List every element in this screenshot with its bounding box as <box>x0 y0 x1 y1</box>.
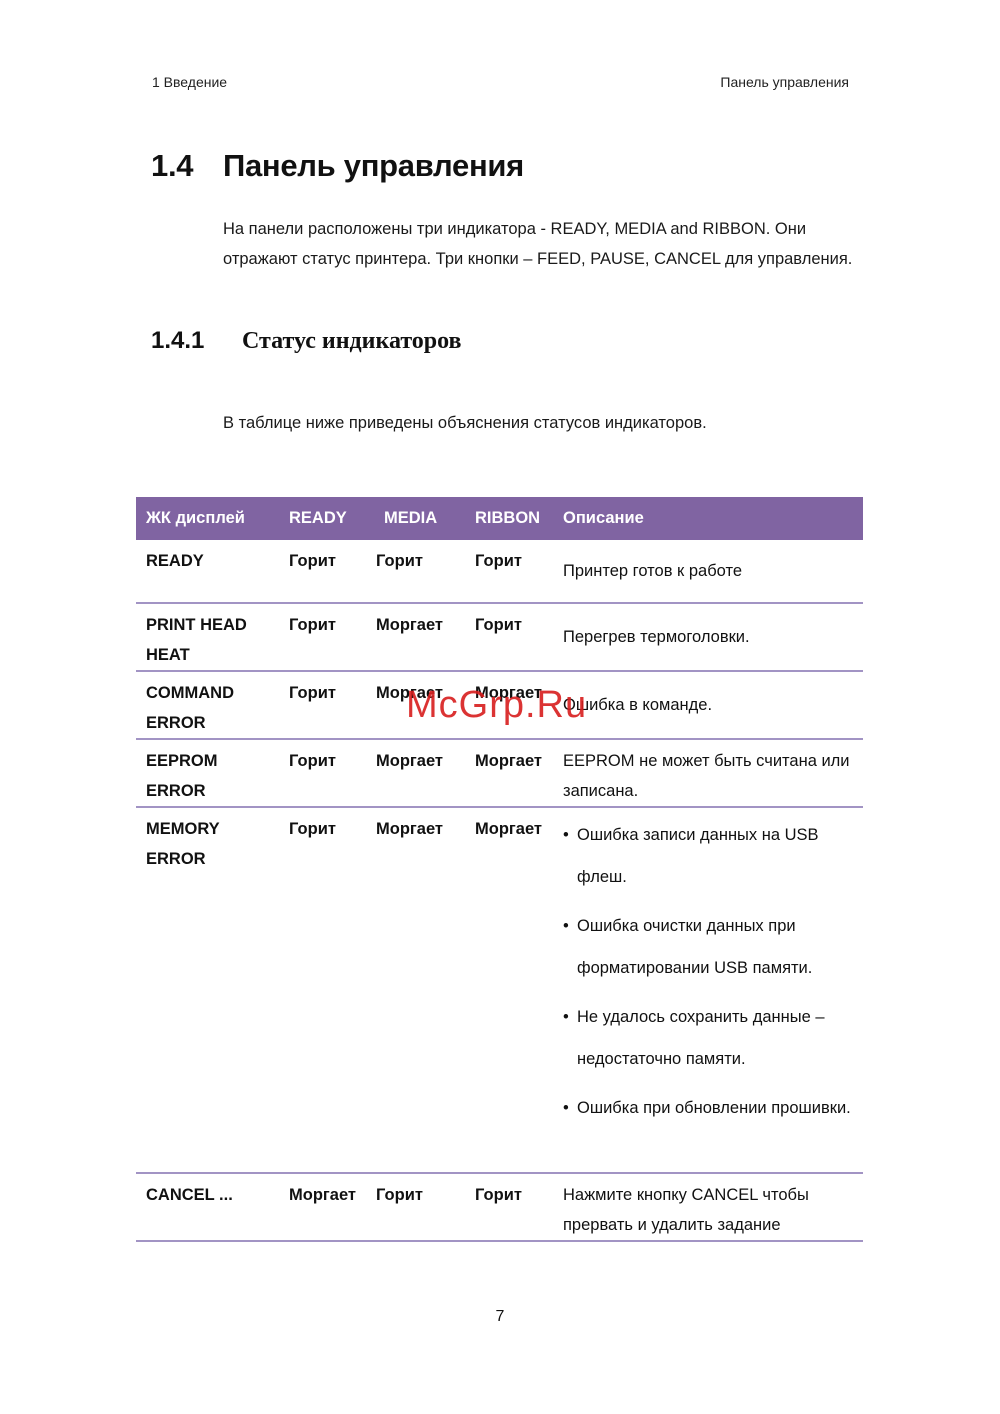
indicator-status-table: ЖК дисплей READY MEDIA RIBBON Описание R… <box>136 497 863 1242</box>
section-number: 1.4 <box>151 148 223 184</box>
cell-media: Горит <box>366 1173 465 1241</box>
section-heading: 1.4Панель управления <box>151 148 524 184</box>
cell-ribbon: Горит <box>465 603 553 671</box>
bullet-item: Ошибка записи данных на USB флеш. <box>563 814 859 898</box>
cell-display: MEMORY ERROR <box>136 807 279 1173</box>
cell-media: Моргает <box>366 739 465 807</box>
cell-ribbon: Горит <box>465 540 553 603</box>
page-number: 7 <box>0 1308 1000 1326</box>
bullet-item: Не удалось сохранить данные – недостаточ… <box>563 996 859 1080</box>
cell-ribbon: Моргает <box>465 739 553 807</box>
cell-display: READY <box>136 540 279 603</box>
col-header-media: MEDIA <box>366 497 465 540</box>
cell-ready: Моргает <box>279 1173 366 1241</box>
watermark: McGrp.Ru <box>406 684 587 727</box>
cell-display: COMMAND ERROR <box>136 671 279 739</box>
cell-description: Перегрев термоголовки. <box>553 603 863 671</box>
cell-media: Моргает <box>366 807 465 1173</box>
col-header-description: Описание <box>553 497 863 540</box>
cell-ready: Горит <box>279 540 366 603</box>
table-row: MEMORY ERROR Горит Моргает Моргает Ошибк… <box>136 807 863 1173</box>
cell-media: Горит <box>366 540 465 603</box>
bullet-item: Ошибка очистки данных при форматировании… <box>563 905 859 989</box>
cell-description: EEPROM не может быть считана или записан… <box>553 739 863 807</box>
col-header-display: ЖК дисплей <box>136 497 279 540</box>
subsection-lead: В таблице ниже приведены объяснения стат… <box>223 414 707 433</box>
cell-ready: Горит <box>279 807 366 1173</box>
section-intro: На панели расположены три индикатора - R… <box>223 214 863 274</box>
cell-display: EEPROM ERROR <box>136 739 279 807</box>
table-row: READY Горит Горит Горит Принтер готов к … <box>136 540 863 603</box>
cell-ribbon: Моргает <box>465 807 553 1173</box>
cell-description: Ошибка в команде. <box>553 671 863 739</box>
subsection-heading: 1.4.1Статус индикаторов <box>151 327 462 355</box>
bullet-item: Ошибка при обновлении прошивки. <box>563 1087 859 1129</box>
cell-description: Ошибка записи данных на USB флеш. Ошибка… <box>553 807 863 1173</box>
table-row: EEPROM ERROR Горит Моргает Моргает EEPRO… <box>136 739 863 807</box>
table-row: CANCEL ... Моргает Горит Горит Нажмите к… <box>136 1173 863 1241</box>
memory-error-causes: Ошибка записи данных на USB флеш. Ошибка… <box>563 814 859 1129</box>
col-header-ribbon: RIBBON <box>465 497 553 540</box>
table-row: PRINT HEAD HEAT Горит Моргает Горит Пере… <box>136 603 863 671</box>
subsection-title: Статус индикаторов <box>242 328 462 354</box>
cell-media: Моргает <box>366 603 465 671</box>
running-header: 1 Введение Панель управления <box>152 74 849 90</box>
cell-display: CANCEL ... <box>136 1173 279 1241</box>
cell-ribbon: Горит <box>465 1173 553 1241</box>
table-header-row: ЖК дисплей READY MEDIA RIBBON Описание <box>136 497 863 540</box>
section-title: Панель управления <box>223 148 524 183</box>
cell-description: Нажмите кнопку CANCEL чтобы прервать и у… <box>553 1173 863 1241</box>
running-header-chapter: 1 Введение <box>152 74 227 90</box>
cell-display: PRINT HEAD HEAT <box>136 603 279 671</box>
running-header-section: Панель управления <box>720 74 849 90</box>
cell-ready: Горит <box>279 739 366 807</box>
cell-description: Принтер готов к работе <box>553 540 863 603</box>
col-header-ready: READY <box>279 497 366 540</box>
cell-ready: Горит <box>279 603 366 671</box>
subsection-number: 1.4.1 <box>151 327 242 355</box>
cell-ready: Горит <box>279 671 366 739</box>
